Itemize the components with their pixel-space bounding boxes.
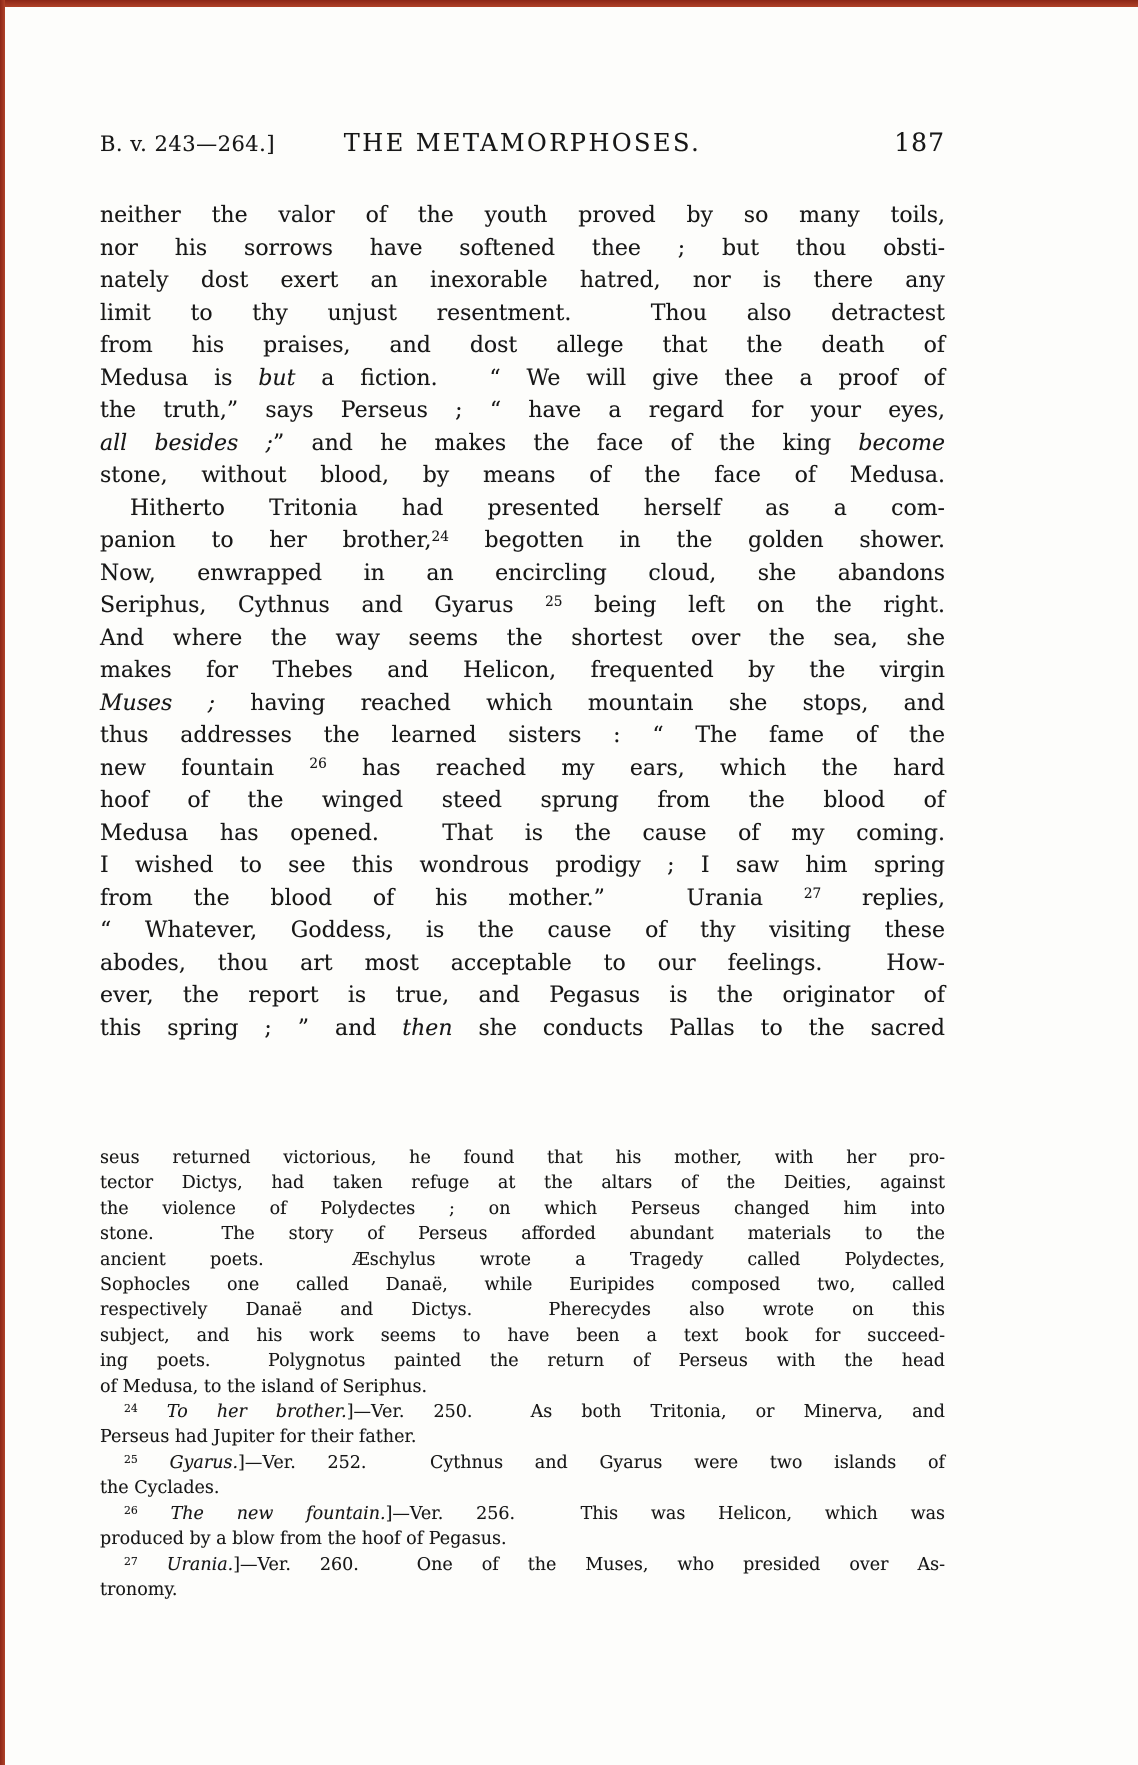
body-line: nately dost exert an inexorable hatred, … [100,265,945,298]
footnote-line: 26 The new fountain.]—Ver. 256. This was… [100,1502,945,1527]
body-line: “ Whatever, Goddess, is the cause of thy… [100,915,945,948]
body-text-block: neither the valor of the youth proved by… [100,200,945,1045]
body-line: nor his sorrows have softened thee ; but… [100,233,945,266]
footnote-line: 24 To her brother.]—Ver. 250. As both Tr… [100,1400,945,1425]
footnote-line: produced by a blow from the hoof of Pega… [100,1527,945,1552]
body-line: panion to her brother,24 begotten in the… [100,525,945,558]
body-line: Muses ; having reached which mountain sh… [100,688,945,721]
scan-edge-left [0,0,5,1765]
footnote-line: ing poets. Polygnotus painted the return… [100,1349,945,1374]
scan-edge-top [0,0,1138,7]
footnote-line: 25 Gyarus.]—Ver. 252. Cythnus and Gyarus… [100,1451,945,1476]
footnote-line: of Medusa, to the island of Seriphus. [100,1375,945,1400]
body-line: I wished to see this wondrous prodigy ; … [100,850,945,883]
body-line: makes for Thebes and Helicon, frequented… [100,655,945,688]
body-line: Medusa is but a fiction. “ We will give … [100,363,945,396]
body-line: Now, enwrapped in an encircling cloud, s… [100,558,945,591]
body-line: Seriphus, Cythnus and Gyarus 25 being le… [100,590,945,623]
body-line: neither the valor of the youth proved by… [100,200,945,233]
header-book-verse-range: B. v. 243—264.] [100,132,344,156]
body-line: abodes, thou art most acceptable to our … [100,948,945,981]
body-line: thus addresses the learned sisters : “ T… [100,720,945,753]
body-line: all besides ;” and he makes the face of … [100,428,945,461]
footnote-line: the violence of Polydectes ; on which Pe… [100,1197,945,1222]
body-line: stone, without blood, by means of the fa… [100,460,945,493]
footnote-line: Perseus had Jupiter for their father. [100,1425,945,1450]
body-line: from the blood of his mother.” Urania 27… [100,883,945,916]
footnote-reference: 25 [545,594,562,610]
italic-text: Gyarus. [170,1453,238,1473]
footnote-line: respectively Danaë and Dictys. Pherecyde… [100,1298,945,1323]
body-line: from his praises, and dost allege that t… [100,330,945,363]
footnote-reference: 24 [124,1402,138,1415]
footnote-line: Sophocles one called Danaë, while Euripi… [100,1273,945,1298]
footnote-line: tronomy. [100,1578,945,1603]
book-page: B. v. 243—264.] THE METAMORPHOSES. 187 n… [0,0,1138,1765]
footnote-reference: 25 [124,1453,138,1466]
footnote-reference: 27 [804,886,821,902]
footnote-line: seus returned victorious, he found that … [100,1146,945,1171]
body-line: new fountain 26 has reached my ears, whi… [100,753,945,786]
body-line: this spring ; ” and then she conducts Pa… [100,1013,945,1046]
italic-text: To her brother. [167,1402,347,1422]
header-page-number: 187 [701,128,945,157]
body-line: limit to thy unjust resentment. Thou als… [100,298,945,331]
body-line: ever, the report is true, and Pegasus is… [100,980,945,1013]
italic-text: all besides ; [100,431,273,456]
italic-text: but [258,366,295,391]
footnote-reference: 27 [124,1555,138,1568]
footnote-reference: 26 [124,1504,138,1517]
footnote-line: 27 Urania.]—Ver. 260. One of the Muses, … [100,1553,945,1578]
footnote-line: ancient poets. Æschylus wrote a Tragedy … [100,1248,945,1273]
body-line: Medusa has opened. That is the cause of … [100,818,945,851]
body-line: Hitherto Tritonia had presented herself … [100,493,945,526]
italic-text: Urania. [167,1555,233,1575]
footnote-line: the Cyclades. [100,1476,945,1501]
footnote-line: tector Dictys, had taken refuge at the a… [100,1171,945,1196]
footnote-reference: 24 [432,529,449,545]
italic-text: The new fountain. [171,1504,386,1524]
body-line: hoof of the winged steed sprung from the… [100,785,945,818]
body-line: the truth,” says Perseus ; “ have a rega… [100,395,945,428]
italic-text: then [402,1016,452,1041]
page-header: B. v. 243—264.] THE METAMORPHOSES. 187 [100,128,945,157]
footnotes-block: seus returned victorious, he found that … [100,1146,945,1603]
footnote-line: subject, and his work seems to have been… [100,1324,945,1349]
footnote-reference: 26 [309,756,326,772]
body-line: And where the way seems the shortest ove… [100,623,945,656]
italic-text: become [858,431,945,456]
header-running-title: THE METAMORPHOSES. [344,129,701,157]
footnote-line: stone. The story of Perseus afforded abu… [100,1222,945,1247]
italic-text: Muses ; [100,691,215,716]
